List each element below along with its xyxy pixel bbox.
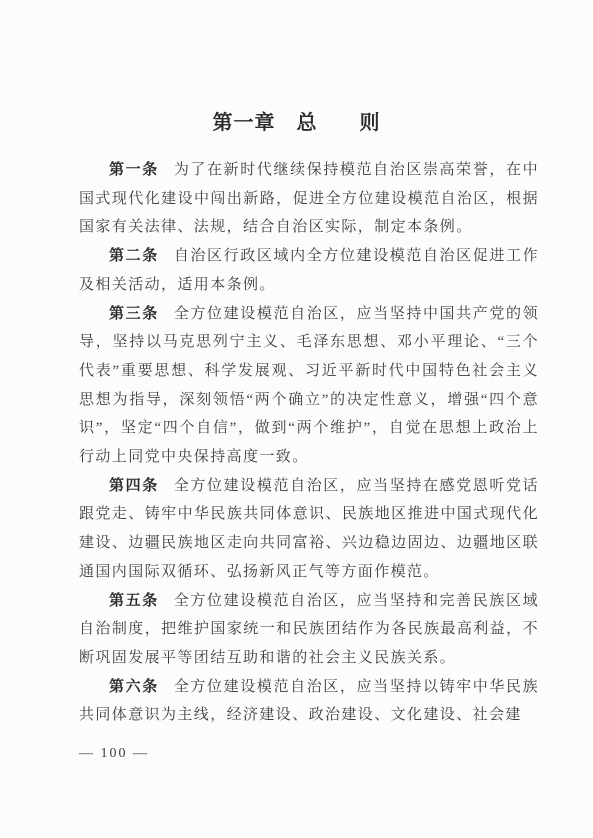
- chapter-title: 第一章 总 则: [0, 110, 593, 136]
- article-number: 第二条: [109, 248, 159, 264]
- article-paragraph: 第二条自治区行政区域内全方位建设模范自治区促进工作及相关活动，适用本条例。: [79, 242, 539, 299]
- article-paragraph: 第三条全方位建设模范自治区，应当坚持中国共产党的领导，坚持以马克思列宁主义、毛泽…: [79, 300, 539, 472]
- article-text: 全方位建设模范自治区，应当坚持中国共产党的领导，坚持以马克思列宁主义、毛泽东思想…: [79, 306, 539, 466]
- document-page: 第一章 总 则 第一条为了在新时代继续保持模范自治区崇高荣誉，在中国式现代化建设…: [0, 0, 593, 838]
- article-paragraph: 第一条为了在新时代继续保持模范自治区崇高荣誉，在中国式现代化建设中闯出新路，促进…: [79, 156, 539, 242]
- article-number: 第三条: [109, 306, 159, 322]
- document-body: 第一条为了在新时代继续保持模范自治区崇高荣誉，在中国式现代化建设中闯出新路，促进…: [79, 156, 539, 730]
- page-number: — 100 —: [79, 744, 149, 764]
- article-paragraph: 第四条全方位建设模范自治区，应当坚持在感党恩听党话跟党走、铸牢中华民族共同体意识…: [79, 472, 539, 587]
- article-paragraph: 第六条全方位建设模范自治区，应当坚持以铸牢中华民族共同体意识为主线，经济建设、政…: [79, 673, 539, 730]
- article-number: 第六条: [109, 679, 159, 695]
- article-number: 第五条: [109, 593, 159, 609]
- article-number: 第四条: [109, 478, 159, 494]
- article-number: 第一条: [109, 162, 159, 178]
- article-paragraph: 第五条全方位建设模范自治区，应当坚持和完善民族区域自治制度，把维护国家统一和民族…: [79, 587, 539, 673]
